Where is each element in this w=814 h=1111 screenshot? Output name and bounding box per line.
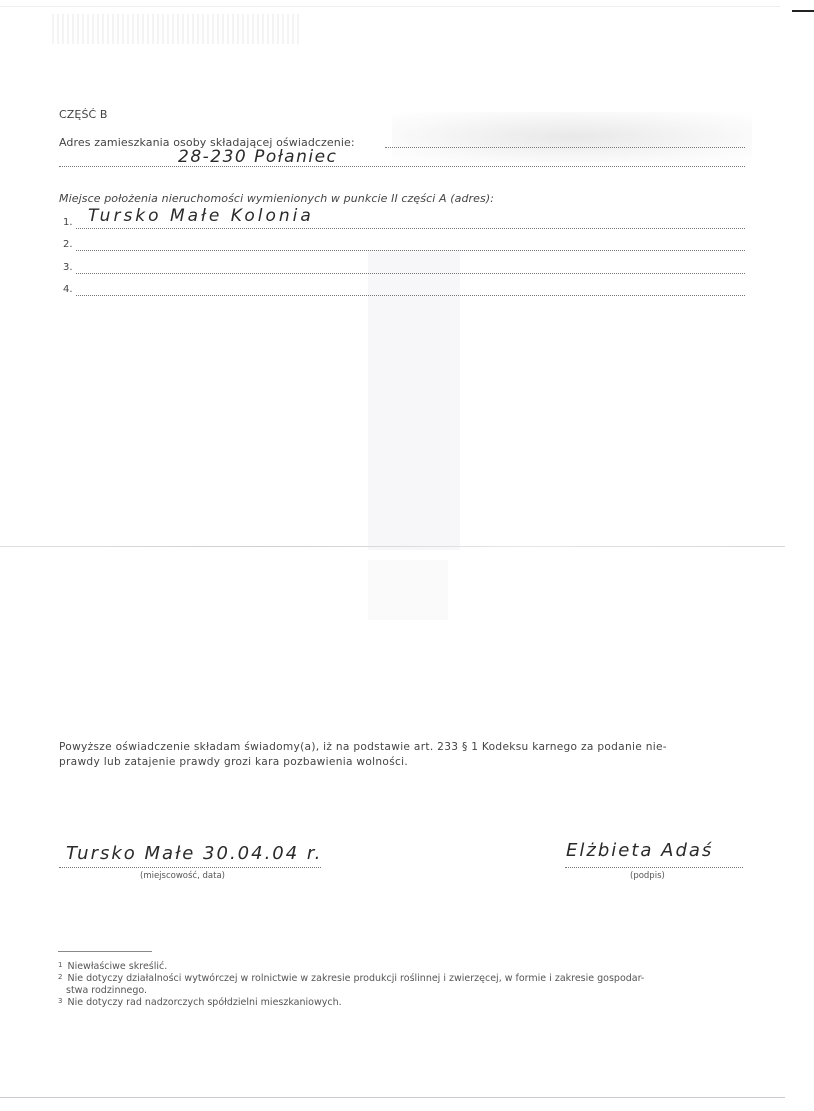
property-line xyxy=(76,295,745,296)
footnote-mark: 1 xyxy=(58,961,62,969)
signature-caption: (podpis) xyxy=(630,871,665,881)
property-number: 4. xyxy=(63,284,73,295)
property-number: 3. xyxy=(63,262,73,273)
margin-mark xyxy=(792,10,814,12)
footnote-1: 1Niewłaściwe skreślić. xyxy=(58,961,167,972)
place-date-caption: (miejscowość, data) xyxy=(140,871,225,881)
declaration-line-2: prawdy lub zatajenie prawdy grozi kara p… xyxy=(59,756,408,768)
property-value: Tursko Małe Kolonia xyxy=(88,206,314,226)
redacted-address-smudge xyxy=(392,112,752,162)
signature-value: Elżbieta Adaś xyxy=(566,840,713,861)
footnote-3: 3Nie dotyczy rad nadzorczych spółdzielni… xyxy=(58,997,342,1008)
property-line xyxy=(76,273,745,274)
scan-shadow xyxy=(368,560,448,620)
properties-label: Miejsce położenia nieruchomości wymienio… xyxy=(59,192,494,205)
footnote-2: 2Nie dotyczy działalności wytwórczej w r… xyxy=(58,973,644,984)
place-date-line xyxy=(59,867,321,868)
signature-line xyxy=(565,867,743,868)
residence-line-2 xyxy=(59,166,745,167)
property-number: 2. xyxy=(63,239,73,250)
footnote-separator xyxy=(58,951,152,952)
place-date-value: Tursko Małe 30.04.04 r. xyxy=(66,843,322,864)
footnote-2-continuation: stwa rodzinnego. xyxy=(66,985,147,996)
property-line xyxy=(76,250,745,251)
property-number: 1. xyxy=(63,217,73,228)
residence-line xyxy=(385,147,745,148)
page-fold-line xyxy=(0,546,785,547)
section-title: CZĘŚĆ B xyxy=(59,108,108,121)
footnote-text: Nie dotyczy rad nadzorczych spółdzielni … xyxy=(67,997,341,1008)
footnote-mark: 3 xyxy=(58,997,62,1005)
footnote-text: Nie dotyczy działalności wytwórczej w ro… xyxy=(67,973,644,984)
footnote-mark: 2 xyxy=(58,973,62,981)
faded-header-text xyxy=(52,14,302,44)
declaration-line-1: Powyższe oświadczenie składam świadomy(a… xyxy=(59,741,667,753)
footnote-text: Niewłaściwe skreślić. xyxy=(67,961,167,972)
property-line xyxy=(76,228,745,229)
residence-value: 28-230 Połaniec xyxy=(178,147,337,167)
scan-edge-line xyxy=(0,1097,785,1098)
scan-edge-line xyxy=(0,6,780,7)
